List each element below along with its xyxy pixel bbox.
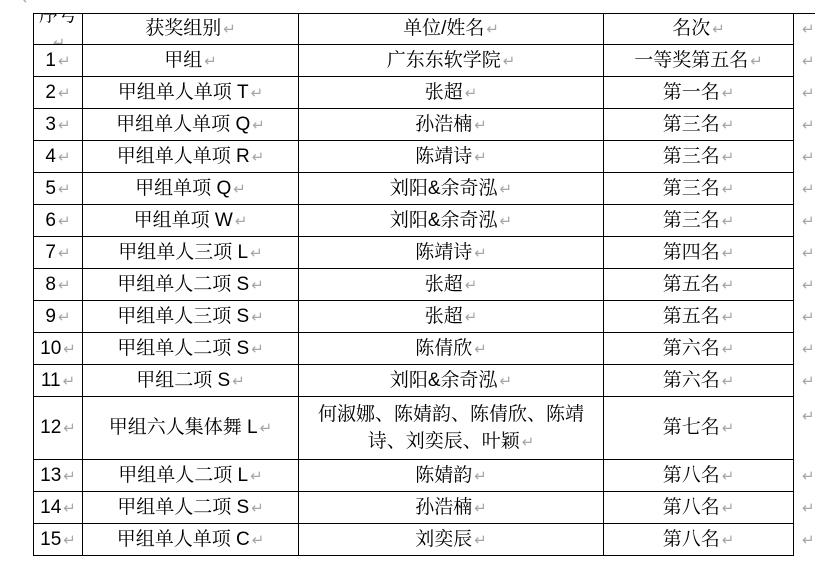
end-of-cell-mark-icon: ↵ [63,467,76,485]
table-row: 6↵ 甲组单项 W↵ 刘阳&余奇泓↵ 第三名↵ ↵ [34,205,815,237]
cell-rank-text: 第七名 [663,417,720,438]
cell-index[interactable]: 10↵ [34,333,83,365]
cell-award-group[interactable]: 甲组单人三项 S↵ [83,301,299,333]
cell-award-group[interactable]: 甲组单人单项 T↵ [83,77,299,109]
cell-unit-name-text: 单位/姓名 [403,18,484,39]
cell-award-group-text: 甲组单人单项 T [118,82,249,103]
cell-index[interactable]: 11↵ [34,365,83,397]
cell-unit-name[interactable]: 陈倩欣↵ [299,333,604,365]
end-of-cell-mark-icon: ↵ [58,84,71,102]
cell-index-text: 5 [45,178,56,199]
end-of-cell-mark-icon: ↵ [722,308,735,326]
table-row: 3↵ 甲组单人单项 Q↵ 孙浩楠↵ 第三名↵ ↵ [34,109,815,141]
cell-unit-name-text: 刘阳&余奇泓 [390,210,498,231]
cell-index-text: 12 [40,417,61,438]
cell-award-group[interactable]: 甲组↵ [83,45,299,77]
cell-unit-name-text: 何淑娜、陈婧韵、陈倩欣、陈靖诗、刘奕辰、叶颖 [318,404,584,452]
end-of-cell-mark-icon: ↵ [474,244,487,262]
cell-unit-name-text: 刘阳&余奇泓 [390,178,498,199]
cell-index-text: 3 [45,114,56,135]
cell-rank[interactable]: 第三名↵ [604,109,794,141]
cell-unit-name[interactable]: 陈靖诗↵ [299,237,604,269]
end-of-cell-mark-icon: ↵ [722,531,735,549]
cell-rank-text: 第八名 [663,497,720,518]
clipped-paragraph-mark-bottom-icon: ¶ [0,557,2,572]
cell-unit-name-text: 陈靖诗 [415,242,472,263]
end-of-cell-mark-icon: ↵ [474,499,487,517]
end-of-row-mark-icon: ↵ [802,533,815,548]
table-row: 8↵ 甲组单人二项 S↵ 张超↵ 第五名↵ ↵ [34,269,815,301]
cell-rank-text: 一等奖第五名 [634,50,748,71]
cell-award-group-text: 甲组单人二项 L [118,465,248,486]
cell-rank[interactable]: 第六名↵ [604,365,794,397]
cell-index[interactable]: 12↵ [34,397,83,460]
cell-rank-text: 第三名 [663,146,720,167]
cell-unit-name-text: 刘阳&余奇泓 [390,370,498,391]
end-of-row-mark-icon: ↵ [802,409,815,424]
end-of-row-mark-icon: ↵ [802,118,815,133]
cell-rank-text: 第五名 [663,306,720,327]
cell-unit-name[interactable]: 陈婧韵↵ [299,460,604,492]
end-of-cell-mark-icon: ↵ [500,212,513,230]
cell-index[interactable]: 4↵ [34,141,83,173]
document-page: 序号↵ 获奖组别↵ 单位/姓名↵ 名次↵ ↵ 1↵ 甲组↵ 广东东软学院↵ 一等… [0,0,832,574]
end-of-cell-mark-icon: ↵ [474,531,487,549]
cell-unit-name-text: 张超 [425,82,463,103]
end-of-cell-mark-icon: ↵ [722,212,735,230]
end-of-row-mark-icon: ↵ [802,469,815,484]
cell-rank-text: 第三名 [663,178,720,199]
cell-award-group[interactable]: 甲组单人二项 S↵ [83,492,299,524]
clipped-paragraph-mark-top-icon: ↵ [22,0,38,7]
end-of-row-mark-icon: ↵ [802,374,815,389]
table-row: 14↵ 甲组单人二项 S↵ 孙浩楠↵ 第八名↵ ↵ [34,492,815,524]
cell-rank-text: 第三名 [663,210,720,231]
cell-award-group-text: 甲组单项 Q [135,178,231,199]
cell-rank[interactable]: 第五名↵ [604,301,794,333]
end-of-cell-mark-icon: ↵ [722,148,735,166]
end-of-cell-mark-icon: ↵ [63,499,76,517]
cell-award-group-text: 甲组单人二项 S [117,338,249,359]
end-of-cell-mark-icon: ↵ [722,276,735,294]
cell-index-text: 13 [40,465,61,486]
end-of-cell-mark-icon: ↵ [233,180,246,198]
cell-rank[interactable]: 第八名↵ [604,492,794,524]
end-of-cell-mark-icon: ↵ [250,467,263,485]
award-results-table: 序号↵ 获奖组别↵ 单位/姓名↵ 名次↵ ↵ 1↵ 甲组↵ 广东东软学院↵ 一等… [33,13,815,556]
cell-index-text: 序号 [39,14,77,26]
end-of-cell-mark-icon: ↵ [465,276,478,294]
cell-rank[interactable]: 第八名↵ [604,524,794,556]
cell-rank-text: 第四名 [663,242,720,263]
cell-rank-text: 名次 [672,18,710,39]
end-of-cell-mark-icon: ↵ [58,212,71,230]
end-of-cell-mark-icon: ↵ [500,372,513,390]
table-row: 1↵ 甲组↵ 广东东软学院↵ 一等奖第五名↵ ↵ [34,45,815,77]
cell-index[interactable]: 6↵ [34,205,83,237]
end-of-row-mark-icon: ↵ [802,214,815,229]
cell-award-group[interactable]: 甲组六人集体舞 L↵ [83,397,299,460]
cell-index[interactable]: 13↵ [34,460,83,492]
cell-unit-name-text: 张超 [425,274,463,295]
cell-index[interactable]: 1↵ [34,45,83,77]
cell-rank[interactable]: 第五名↵ [604,269,794,301]
cell-rank-text: 第六名 [663,338,720,359]
end-of-cell-mark-icon: ↵ [63,419,76,437]
end-of-cell-mark-icon: ↵ [58,276,71,294]
cell-index[interactable]: 7↵ [34,237,83,269]
end-of-cell-mark-icon: ↵ [712,20,725,38]
end-of-cell-mark-icon: ↵ [722,340,735,358]
cell-unit-name[interactable]: 张超↵ [299,269,604,301]
cell-award-group-text: 甲组单人二项 S [117,274,249,295]
cell-unit-name[interactable]: 孙浩楠↵ [299,492,604,524]
cell-award-group-text: 甲组二项 S [136,370,230,391]
end-of-cell-mark-icon: ↵ [722,84,735,102]
cell-award-group[interactable]: 甲组单人二项 S↵ [83,333,299,365]
cell-rank[interactable]: 第七名↵ [604,397,794,460]
cell-index-text: 9 [45,306,56,327]
end-of-cell-mark-icon: ↵ [63,531,76,549]
cell-rank-text: 第一名 [663,82,720,103]
end-of-cell-mark-icon: ↵ [465,84,478,102]
cell-award-group[interactable]: 甲组单人三项 L↵ [83,237,299,269]
end-of-cell-mark-icon: ↵ [204,52,217,70]
end-of-cell-mark-icon: ↵ [722,372,735,390]
cell-unit-name[interactable]: 刘奕辰↵ [299,524,604,556]
cell-rank[interactable]: 一等奖第五名↵ [604,45,794,77]
cell-unit-name[interactable]: 刘阳&余奇泓↵ [299,365,604,397]
end-of-cell-mark-icon: ↵ [58,244,71,262]
cell-rank[interactable]: 第一名↵ [604,77,794,109]
table-row: 10↵ 甲组单人二项 S↵ 陈倩欣↵ 第六名↵ ↵ [34,333,815,365]
cell-unit-name-text: 陈倩欣 [415,338,472,359]
end-of-row-mark-icon: ↵ [802,278,815,293]
cell-rank[interactable]: 第三名↵ [604,141,794,173]
end-of-cell-mark-icon: ↵ [260,419,273,437]
cell-index-text: 14 [40,497,61,518]
end-of-cell-mark-icon: ↵ [465,308,478,326]
cell-unit-name[interactable]: 刘阳&余奇泓↵ [299,205,604,237]
end-of-cell-mark-icon: ↵ [250,244,263,262]
table-row: 4↵ 甲组单人单项 R↵ 陈靖诗↵ 第三名↵ ↵ [34,141,815,173]
cell-index[interactable]: 序号↵ [34,14,83,45]
cell-unit-name[interactable]: 孙浩楠↵ [299,109,604,141]
end-of-row-mark-icon: ↵ [802,501,815,516]
end-of-cell-mark-icon: ↵ [58,148,71,166]
table-row: 12↵ 甲组六人集体舞 L↵ 何淑娜、陈婧韵、陈倩欣、陈靖诗、刘奕辰、叶颖↵ 第… [34,397,815,460]
cell-unit-name[interactable]: 张超↵ [299,301,604,333]
end-of-row-mark-icon: ↵ [802,310,815,325]
cell-unit-name[interactable]: 单位/姓名↵ [299,14,604,45]
cell-award-group[interactable]: 甲组单人单项 C↵ [83,524,299,556]
end-of-cell-mark-icon: ↵ [53,34,66,46]
cell-rank-text: 第八名 [663,465,720,486]
table-row: 序号↵ 获奖组别↵ 单位/姓名↵ 名次↵ ↵ [34,14,815,45]
cell-rank[interactable]: 第六名↵ [604,333,794,365]
end-of-cell-mark-icon: ↵ [722,499,735,517]
end-of-cell-mark-icon: ↵ [58,116,71,134]
cell-award-group[interactable]: 甲组单人二项 S↵ [83,269,299,301]
cell-unit-name[interactable]: 张超↵ [299,77,604,109]
end-of-row-mark-icon: ↵ [802,246,815,261]
end-of-cell-mark-icon: ↵ [251,276,264,294]
end-of-cell-mark-icon: ↵ [252,116,265,134]
cell-index-text: 10 [40,338,61,359]
end-of-cell-mark-icon: ↵ [223,20,236,38]
cell-award-group[interactable]: 甲组单项 W↵ [83,205,299,237]
end-of-cell-mark-icon: ↵ [503,52,516,70]
cell-award-group-text: 甲组六人集体舞 L [109,417,258,438]
end-of-cell-mark-icon: ↵ [232,372,245,390]
cell-rank[interactable]: 第三名↵ [604,173,794,205]
cell-award-group-text: 甲组单人三项 L [118,242,248,263]
cell-index-text: 2 [45,82,56,103]
cell-unit-name-text: 孙浩楠 [415,114,472,135]
cell-award-group[interactable]: 甲组单人二项 L↵ [83,460,299,492]
end-of-cell-mark-icon: ↵ [722,180,735,198]
end-of-cell-mark-icon: ↵ [522,433,535,451]
cell-index[interactable]: 9↵ [34,301,83,333]
table-row: 9↵ 甲组单人三项 S↵ 张超↵ 第五名↵ ↵ [34,301,815,333]
end-of-cell-mark-icon: ↵ [58,180,71,198]
cell-index-text: 11 [41,370,61,391]
cell-award-group[interactable]: 甲组单项 Q↵ [83,173,299,205]
cell-unit-name[interactable]: 广东东软学院↵ [299,45,604,77]
cell-unit-name-text: 陈婧韵 [415,465,472,486]
end-of-cell-mark-icon: ↵ [58,308,71,326]
cell-index[interactable]: 14↵ [34,492,83,524]
cell-rank[interactable]: 名次↵ [604,14,794,45]
end-of-cell-mark-icon: ↵ [251,499,264,517]
cell-award-group[interactable]: 甲组单人单项 Q↵ [83,109,299,141]
end-of-row-mark-icon: ↵ [802,86,815,101]
end-of-cell-mark-icon: ↵ [722,244,735,262]
end-of-cell-mark-icon: ↵ [474,148,487,166]
end-of-cell-mark-icon: ↵ [474,340,487,358]
cell-index-text: 1 [45,50,56,71]
cell-unit-name[interactable]: 刘阳&余奇泓↵ [299,173,604,205]
cell-unit-name-text: 孙浩楠 [415,497,472,518]
end-of-row-mark-icon: ↵ [802,342,815,357]
cell-rank-text: 第六名 [663,370,720,391]
end-of-cell-mark-icon: ↵ [722,419,735,437]
cell-unit-name-text: 张超 [425,306,463,327]
end-of-row-mark-icon: ↵ [802,54,815,69]
end-of-cell-mark-icon: ↵ [63,340,76,358]
cell-index[interactable]: 8↵ [34,269,83,301]
cell-award-group-text: 甲组单项 W [134,210,233,231]
cell-award-group-text: 甲组 [164,50,202,71]
end-of-cell-mark-icon: ↵ [251,84,264,102]
cell-index-text: 6 [45,210,56,231]
cell-award-group-text: 甲组单人单项 C [117,529,250,550]
end-of-cell-mark-icon: ↵ [750,52,763,70]
cell-index-text: 4 [45,146,56,167]
cell-award-group-text: 甲组单人二项 S [117,497,249,518]
end-of-cell-mark-icon: ↵ [474,467,487,485]
cell-unit-name-text: 刘奕辰 [415,529,472,550]
cell-award-group[interactable]: 甲组单人单项 R↵ [83,141,299,173]
end-of-cell-mark-icon: ↵ [500,180,513,198]
cell-index-text: 15 [40,529,61,550]
cell-award-group[interactable]: 获奖组别↵ [83,14,299,45]
end-of-cell-mark-icon: ↵ [486,20,499,38]
cell-rank[interactable]: 第四名↵ [604,237,794,269]
cell-award-group-text: 甲组单人单项 Q [116,114,250,135]
cell-award-group-text: 获奖组别 [145,18,221,39]
cell-rank-text: 第三名 [663,114,720,135]
end-of-row-mark-icon: ↵ [802,150,815,165]
end-of-cell-mark-icon: ↵ [251,308,264,326]
cell-index-text: 8 [45,274,56,295]
cell-index[interactable]: 3↵ [34,109,83,141]
cell-unit-name-text: 广东东软学院 [387,50,501,71]
end-of-cell-mark-icon: ↵ [58,52,71,70]
cell-award-group-text: 甲组单人三项 S [117,306,249,327]
end-of-cell-mark-icon: ↵ [252,531,265,549]
cell-rank-text: 第五名 [663,274,720,295]
end-of-cell-mark-icon: ↵ [474,116,487,134]
cell-unit-name[interactable]: 陈靖诗↵ [299,141,604,173]
cell-index[interactable]: 5↵ [34,173,83,205]
cell-rank[interactable]: 第三名↵ [604,205,794,237]
end-of-row-mark-icon: ↵ [802,22,815,37]
cell-unit-name[interactable]: 何淑娜、陈婧韵、陈倩欣、陈靖诗、刘奕辰、叶颖↵ [299,397,604,460]
table-row: 5↵ 甲组单项 Q↵ 刘阳&余奇泓↵ 第三名↵ ↵ [34,173,815,205]
end-of-cell-mark-icon: ↵ [235,212,248,230]
end-of-cell-mark-icon: ↵ [722,467,735,485]
cell-index[interactable]: 2↵ [34,77,83,109]
cell-index-text: 7 [45,242,56,263]
table-row: 2↵ 甲组单人单项 T↵ 张超↵ 第一名↵ ↵ [34,77,815,109]
cell-index[interactable]: 15↵ [34,524,83,556]
cell-unit-name-text: 陈靖诗 [415,146,472,167]
table-row: 11↵ 甲组二项 S↵ 刘阳&余奇泓↵ 第六名↵ ↵ [34,365,815,397]
cell-rank[interactable]: 第八名↵ [604,460,794,492]
cell-rank-text: 第八名 [663,529,720,550]
table-row: 7↵ 甲组单人三项 L↵ 陈靖诗↵ 第四名↵ ↵ [34,237,815,269]
table-row: 13↵ 甲组单人二项 L↵ 陈婧韵↵ 第八名↵ ↵ [34,460,815,492]
cell-award-group-text: 甲组单人单项 R [117,146,250,167]
end-of-row-mark-icon: ↵ [802,182,815,197]
end-of-cell-mark-icon: ↵ [251,340,264,358]
end-of-cell-mark-icon: ↵ [63,372,76,390]
table-row: 15↵ 甲组单人单项 C↵ 刘奕辰↵ 第八名↵ ↵ [34,524,815,556]
end-of-cell-mark-icon: ↵ [252,148,265,166]
end-of-cell-mark-icon: ↵ [722,116,735,134]
cell-award-group[interactable]: 甲组二项 S↵ [83,365,299,397]
